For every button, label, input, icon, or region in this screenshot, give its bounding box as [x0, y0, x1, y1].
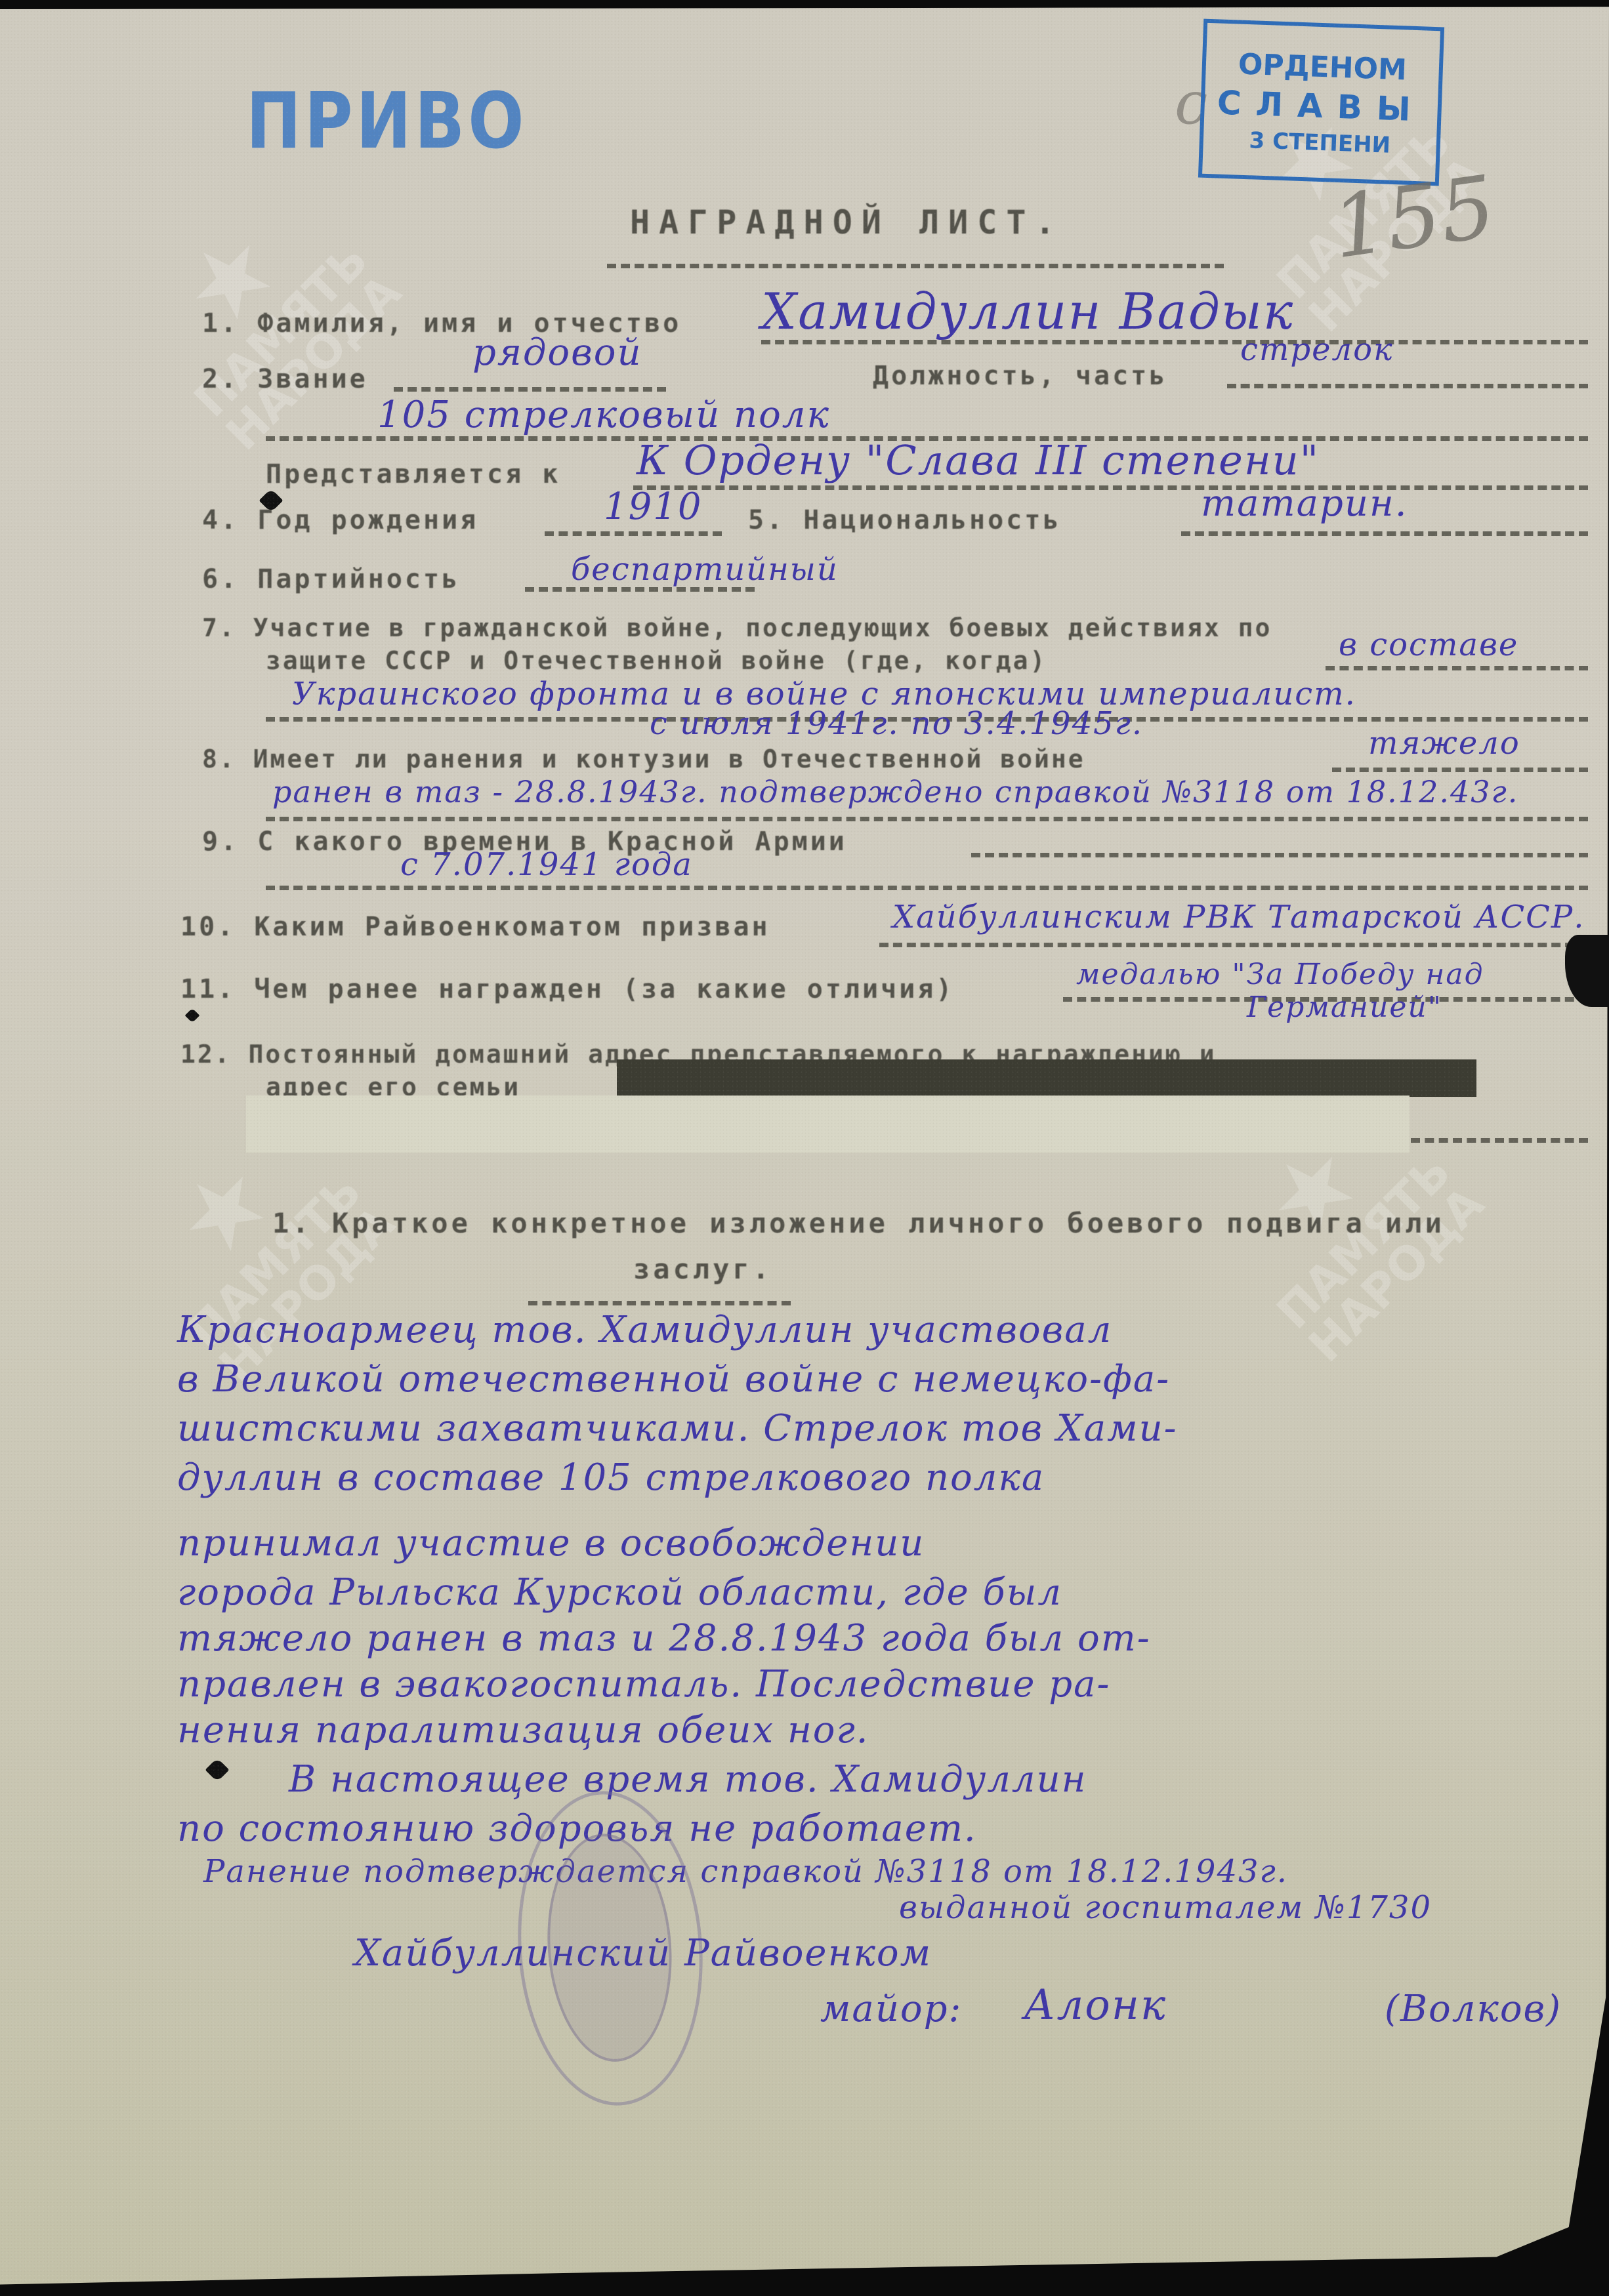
signature-scribble: Алонк — [1024, 1981, 1167, 2030]
field-9-value: с 7.07.1941 года — [400, 846, 693, 883]
title-underline — [607, 264, 1224, 268]
stamp-line3: 3 СТЕПЕНИ — [1203, 128, 1436, 158]
confirmation-line1: Ранение подтверждается справкой №3118 от… — [203, 1853, 1288, 1890]
field-2-position-label: Должность, часть — [873, 361, 1167, 391]
redacted-address-block — [617, 1059, 1476, 1097]
document-title: НАГРАДНОЙ ЛИСТ. — [630, 203, 1064, 241]
field-5-label: 5. Национальность — [748, 505, 1061, 535]
confirmation-line2: выданной госпиталем №1730 — [899, 1889, 1432, 1926]
section-underline — [528, 1301, 791, 1305]
redacted-address-block-2 — [246, 1096, 1410, 1153]
field-8-value-line2: ранен в таз - 28.8.1943г. подтверждено с… — [272, 774, 1518, 810]
stamp-line1: ОРДЕНОМ — [1205, 49, 1439, 86]
paper-hole — [205, 1758, 230, 1782]
watermark-line1: ПАМЯТЬ — [1266, 1145, 1461, 1340]
signature-office: Хайбуллинский Райвоенком — [354, 1932, 932, 1975]
field-7-value-line3: с июля 1941г. по 3.4.1945г. — [650, 705, 1143, 742]
field-2-label: 2. Звание — [202, 364, 368, 394]
field-1-value: Хамидуллин Вадык — [761, 282, 1294, 340]
narrative-line: шистскими захватчиками. Стрелок тов Хами… — [177, 1407, 1178, 1450]
field-2-position-line — [1227, 384, 1588, 388]
field-10-value: Хайбуллинским РВК Татарской АССР. — [892, 899, 1585, 935]
field-9-line2 — [266, 886, 1588, 890]
field-8-value-line1: тяжело — [1368, 725, 1520, 762]
field-3-line — [633, 485, 1588, 490]
field-10-line — [879, 943, 1588, 947]
order-of-glory-stamp: ОРДЕНОМ СЛАВЫ 3 СТЕПЕНИ — [1198, 19, 1444, 186]
narrative-line: Красноармеец тов. Хамидуллин участвовал — [177, 1309, 1112, 1351]
field-6-line — [525, 587, 755, 592]
field-9-line1 — [971, 853, 1588, 857]
narrative-line: дуллин в составе 105 стрелкового полка — [177, 1456, 1045, 1499]
field-12-line — [1411, 1138, 1588, 1143]
narrative-line: в Великой отечественной войне с немецко-… — [177, 1358, 1170, 1401]
field-2-line — [394, 387, 666, 392]
field-4-label: 4. Год рождения — [202, 505, 478, 535]
field-7-label-line2: защите СССР и Отечественной войне (где, … — [266, 646, 1047, 675]
award-sheet-page: ★ ПАМЯТЬ НАРОДА ★ ПАМЯТЬ НАРОДА ★ ПАМЯТЬ… — [0, 0, 1609, 2296]
field-8-label: 8. Имеет ли ранения и контузии в Отечест… — [202, 745, 1085, 773]
signature-rank: майор: — [820, 1988, 962, 2030]
watermark-line2: НАРОДА — [1299, 1177, 1494, 1372]
field-8-line2 — [266, 817, 1588, 821]
field-3-label: Представляется к — [266, 459, 560, 489]
field-2-position-value: стрелок — [1240, 331, 1394, 368]
section-heading-line2: заслуг. — [633, 1253, 772, 1285]
field-6-value: беспартийный — [571, 551, 839, 588]
field-8-line1 — [1332, 768, 1588, 772]
field-1-line — [761, 340, 1588, 344]
field-5-line — [1181, 531, 1588, 536]
field-7-line1 — [1326, 666, 1588, 670]
field-2-unit-value: 105 стрелковый полк — [377, 394, 830, 436]
field-11-label: 11. Чем ранее награжден (за какие отличи… — [180, 974, 954, 1004]
star-icon: ★ — [116, 165, 344, 393]
field-11-value-line1: медалью "За Победу над — [1076, 958, 1484, 991]
field-2-rank-value: рядовой — [472, 331, 642, 374]
signatory-name: (Волков) — [1385, 1988, 1562, 2030]
field-5-value: татарин. — [1201, 482, 1408, 525]
narrative-line: В настоящее время тов. Хамидуллин — [289, 1758, 1087, 1801]
field-4-line — [545, 531, 722, 536]
field-4-value: 1910 — [604, 485, 703, 528]
field-3-value: К Ордену "Слава III степени" — [637, 436, 1320, 484]
section-heading-line1: 1. Краткое конкретное изложение личного … — [272, 1207, 1445, 1239]
stamp-line2: СЛАВЫ — [1204, 86, 1438, 127]
privo-stamp: ПРИВО — [246, 75, 528, 166]
field-7-value-line1: в составе — [1339, 626, 1518, 663]
field-7-label-line1: 7. Участие в гражданской войне, последую… — [202, 613, 1272, 642]
field-10-label: 10. Каким Райвоенкоматом призван — [180, 912, 770, 942]
field-6-label: 6. Партийность — [202, 564, 460, 594]
field-11-value-line2: Германией" — [1247, 991, 1442, 1024]
narrative-line: нения паралитизация обеих ног. — [177, 1709, 869, 1752]
narrative-line: принимал участие в освобождении — [177, 1522, 925, 1565]
narrative-line: города Рыльска Курской области, где был — [177, 1571, 1062, 1614]
narrative-line: правлен в эвакогоспиталь. Последствие ра… — [177, 1663, 1110, 1706]
narrative-line: тяжело ранен в таз и 28.8.1943 года был … — [177, 1617, 1151, 1660]
paper-hole — [185, 1008, 200, 1023]
